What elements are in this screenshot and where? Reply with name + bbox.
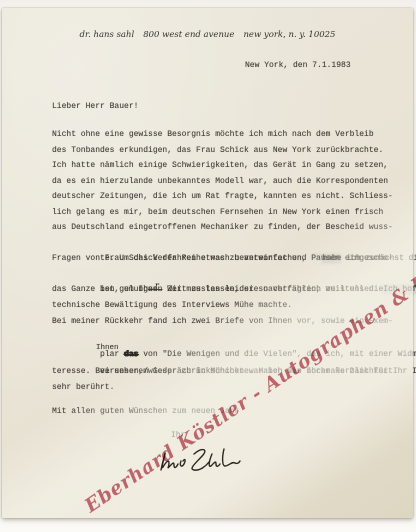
letter-line: lich gelang es mir, beim deutschen Ferns… bbox=[52, 205, 416, 221]
letter-line: des Tonbandes erkundigen, das Frau Schic… bbox=[52, 143, 416, 159]
letter-line: da es ein hierzulande unbekanntes Modell… bbox=[52, 174, 416, 190]
letter-photo: dr. hans sahl 800 west end avenue new yo… bbox=[0, 0, 416, 532]
closing-wish: Mit allen guten Wünschen zum neuen Jahr bbox=[52, 407, 239, 416]
letter-line: technische Bewältigung des Interviews Mü… bbox=[52, 298, 416, 314]
date-line: New York, den 7.1.1983 bbox=[245, 61, 351, 70]
letterhead-street: 800 west end avenue bbox=[143, 30, 234, 40]
letter-line: teresse. Bei unserem Gespräch in München… bbox=[52, 364, 416, 381]
letter-paper: dr. hans sahl 800 west end avenue new yo… bbox=[2, 8, 413, 518]
handwritten-signature bbox=[152, 439, 244, 481]
letter-line: Ich hatte nämlich einige Schwierigkeiten… bbox=[52, 158, 416, 174]
letter-line: Nicht ohne eine gewisse Besorgnis möchte… bbox=[52, 127, 416, 143]
letter-line: Fragen von Frau Schick der Reihe nach be… bbox=[52, 251, 416, 267]
paragraph-1: Nicht ohne eine gewisse Besorgnis möchte… bbox=[52, 127, 416, 313]
letter-line-with-insertion: Ihnenversehen,/wieder zurückschickte. Ha… bbox=[52, 347, 416, 364]
letter-line: aus Deutschland eingetroffenen Mechanike… bbox=[52, 220, 416, 236]
typed-insertion: Ihnen bbox=[96, 340, 119, 357]
letter-line: deutscher Zeitungen, die ich um Rat frag… bbox=[52, 189, 416, 205]
letterhead-name: dr. hans sahl bbox=[80, 30, 135, 40]
letter-line: das Ganze ist gelungen. Wir mussten leid… bbox=[52, 282, 416, 298]
letter-line: sehr berührt. bbox=[52, 380, 416, 397]
letter-line-with-correction: ben, um Ihnenr Zeit zu lassen, sie nacht… bbox=[52, 267, 416, 283]
letterhead: dr. hans sahl 800 west end avenue new yo… bbox=[2, 30, 413, 40]
letter-line-with-erasure: te. Um das Verfahren etwas zu vereinfach… bbox=[52, 236, 416, 252]
salutation: Lieber Herr Bauer! bbox=[52, 102, 138, 111]
letterhead-city: new york, n. y. 10025 bbox=[243, 30, 335, 40]
paragraph-2: Bei meiner Rückkehr fand ich zwei Briefe… bbox=[52, 314, 416, 397]
letter-line: Bei meiner Rückkehr fand ich zwei Briefe… bbox=[52, 314, 416, 331]
